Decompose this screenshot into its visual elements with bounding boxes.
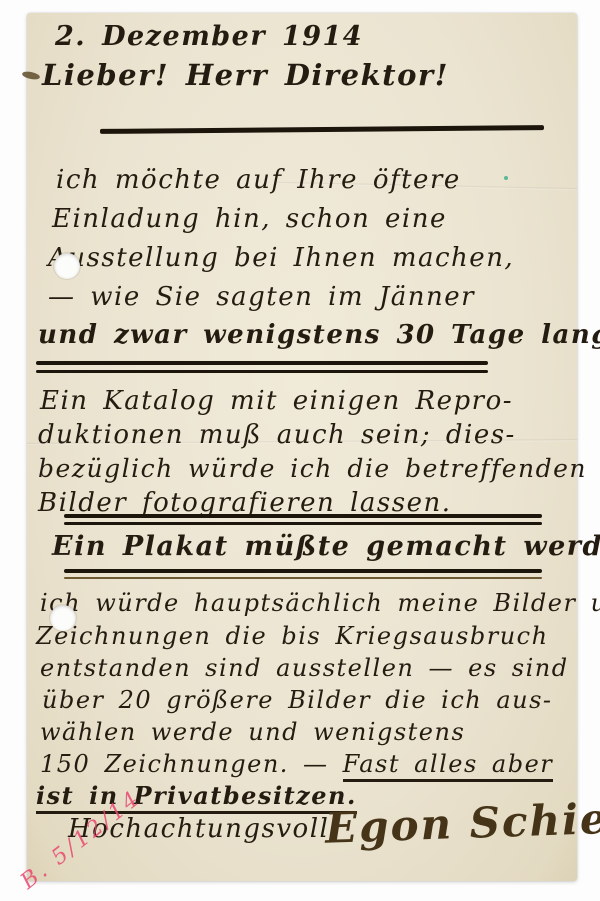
body-line: über 20 größere Bilder die ich aus-: [42, 687, 553, 713]
punch-hole: [50, 605, 76, 631]
divider-rule: [64, 569, 542, 573]
body-line: bezüglich würde ich die betreffenden: [38, 455, 587, 483]
body-line: Ein Katalog mit einigen Repro-: [40, 387, 513, 416]
body-line: Zeichnungen die bis Kriegsausbruch: [36, 623, 549, 649]
body-line: duktionen muß auch sein; dies-: [38, 421, 516, 450]
body-line: ich möchte auf Ihre öftere: [56, 166, 461, 195]
body-line: und zwar wenigstens 30 Tage lang.: [38, 321, 600, 350]
body-line: — wie Sie sagten im Jänner: [48, 283, 475, 312]
underlined-text: Fast alles aber: [343, 750, 554, 782]
line-text: 150 Zeichnungen. —: [40, 750, 343, 778]
punch-hole: [54, 253, 80, 279]
body-line: ist in Privatbesitzen.: [36, 783, 357, 809]
divider-rule: [64, 577, 542, 579]
signature: Egon Schiele: [324, 792, 600, 852]
divider-rule: [36, 370, 488, 373]
divider-rule: [64, 514, 542, 518]
letter-date: 2. Dezember 1914: [55, 22, 363, 52]
letter-salutation: Lieber! Herr Direktor!: [42, 60, 449, 92]
body-line: ich würde hauptsächlich meine Bilder und: [40, 590, 600, 616]
divider-rule: [64, 522, 542, 525]
paper-speck: [504, 176, 508, 180]
body-line: entstanden sind ausstellen — es sind: [40, 655, 569, 681]
body-line: Einladung hin, schon eine: [52, 205, 447, 234]
underlined-text: ist in Privatbesitzen.: [36, 781, 357, 814]
body-line: wählen werde und wenigstens: [40, 719, 465, 745]
divider-rule: [36, 361, 488, 365]
letter-scan: 2. Dezember 1914 Lieber! Herr Direktor! …: [0, 0, 600, 901]
body-line: 150 Zeichnungen. — Fast alles aber: [40, 751, 553, 777]
emphasis-line: Ein Plakat müßte gemacht werden.: [52, 532, 600, 562]
body-line: Ausstellung bei Ihnen machen,: [48, 244, 514, 273]
